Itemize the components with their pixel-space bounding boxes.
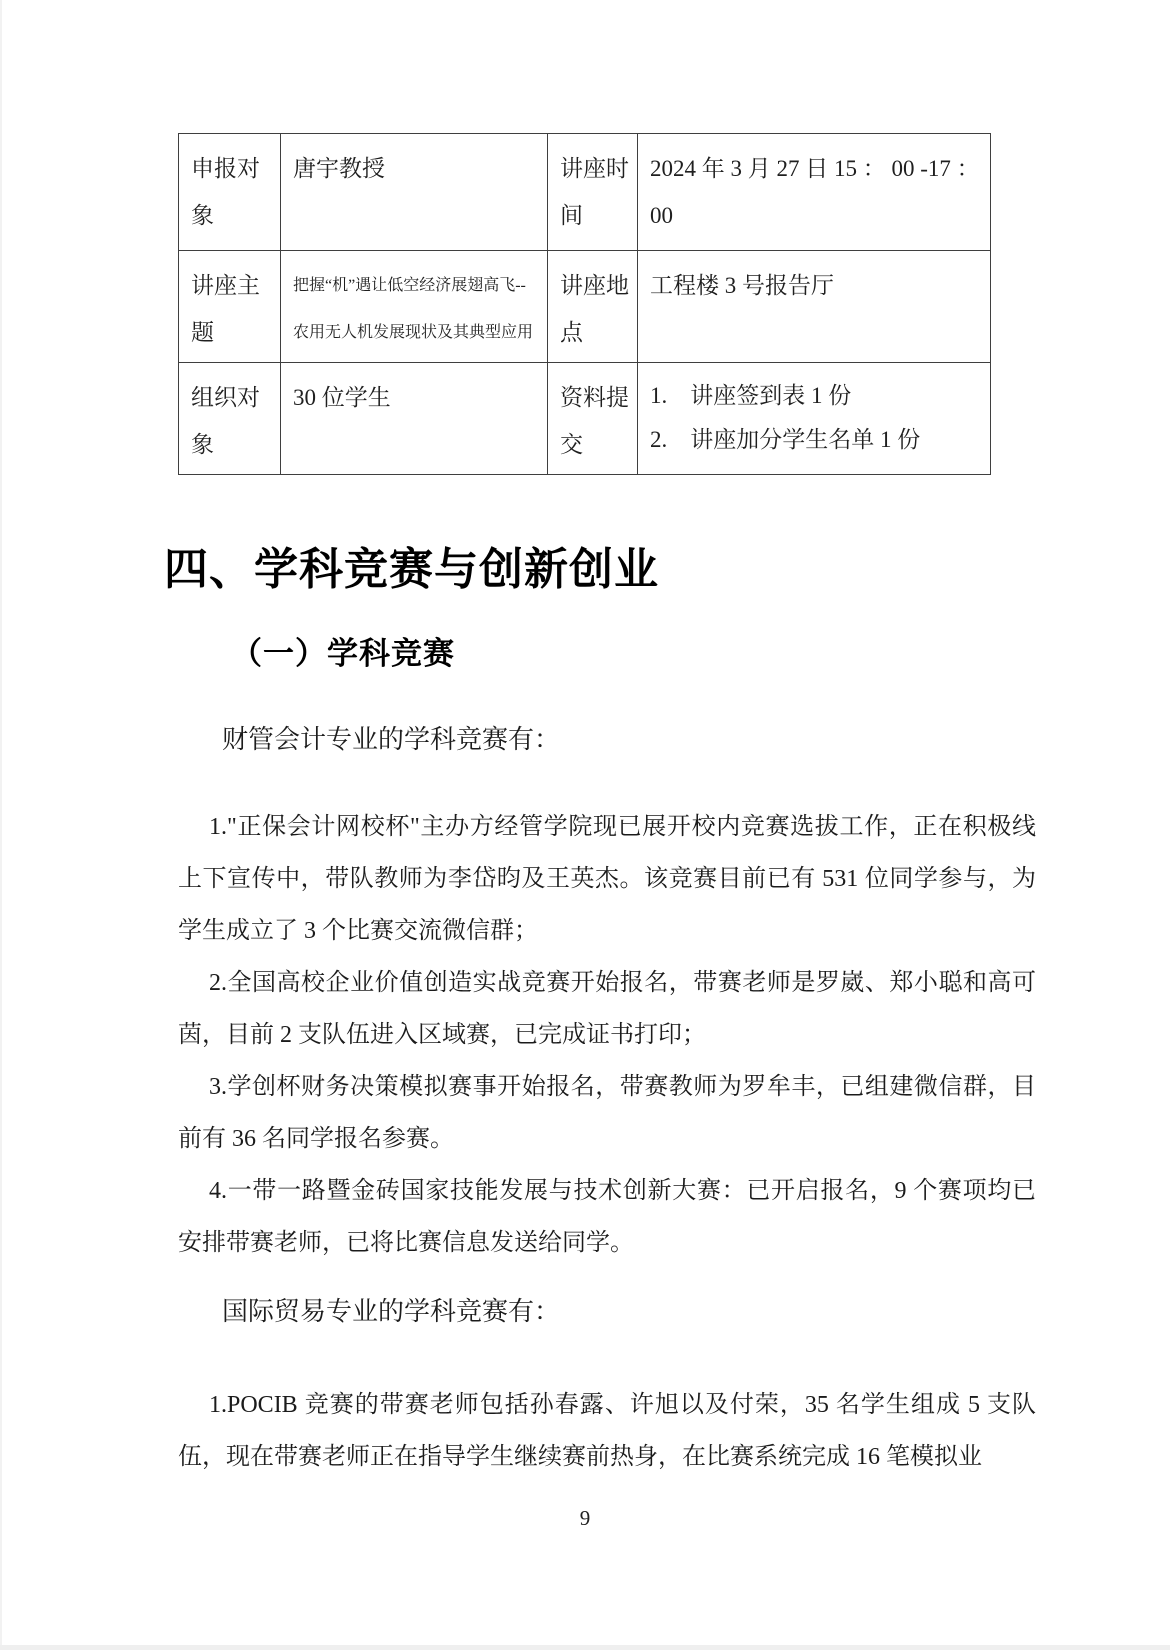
field-value-cell: 工程楼 3 号报告厅 bbox=[638, 251, 991, 363]
list-item: 1. 讲座签到表 1 份 bbox=[650, 374, 982, 418]
field-value-cell: 2024 年 3 月 27 日 15 ： 00 -17 ： 00 bbox=[638, 134, 991, 251]
paragraph: 3.学创杯财务决策模拟赛事开始报名，带赛教师为罗牟丰，已组建微信群，目前有 36… bbox=[178, 1061, 1036, 1165]
field-label-cell: 讲座时间 bbox=[548, 134, 638, 251]
table-row: 组织对象 30 位学生 资料提交 1. 讲座签到表 1 份 2. 讲座加分学生名… bbox=[179, 363, 991, 475]
field-value-cell: 1. 讲座签到表 1 份 2. 讲座加分学生名单 1 份 bbox=[638, 363, 991, 475]
paragraph: 1.POCIB 竞赛的带赛老师包括孙春露、许旭以及付荣，35 名学生组成 5 支… bbox=[178, 1379, 1036, 1483]
field-value-cell: 唐宇教授 bbox=[281, 134, 548, 251]
subsection-heading: （一）学科竞赛 bbox=[231, 628, 455, 673]
field-label-cell: 组织对象 bbox=[179, 363, 281, 475]
document-page: 申报对象 唐宇教授 讲座时间 2024 年 3 月 27 日 15 ： 00 -… bbox=[0, 0, 1170, 1650]
field-value-cell: 30 位学生 bbox=[281, 363, 548, 475]
page-bottom-edge bbox=[0, 1645, 1170, 1650]
body-text-block: 1.POCIB 竞赛的带赛老师包括孙春露、许旭以及付荣，35 名学生组成 5 支… bbox=[178, 1379, 1036, 1483]
lead-in: 财管会计专业的学科竞赛有： bbox=[222, 719, 560, 756]
field-label-cell: 讲座地点 bbox=[548, 251, 638, 363]
page-left-edge bbox=[0, 0, 2, 1650]
lead-in: 国际贸易专业的学科竞赛有： bbox=[222, 1291, 560, 1328]
paragraph: 4.一带一路暨金砖国家技能发展与技术创新大赛：已开启报名，9 个赛项均已安排带赛… bbox=[178, 1165, 1036, 1269]
section-heading: 四、学科竞赛与创新创业 bbox=[164, 533, 659, 597]
list-item: 2. 讲座加分学生名单 1 份 bbox=[650, 418, 982, 462]
field-label-cell: 讲座主题 bbox=[179, 251, 281, 363]
table-row: 申报对象 唐宇教授 讲座时间 2024 年 3 月 27 日 15 ： 00 -… bbox=[179, 134, 991, 251]
field-label-cell: 申报对象 bbox=[179, 134, 281, 251]
lecture-info-table: 申报对象 唐宇教授 讲座时间 2024 年 3 月 27 日 15 ： 00 -… bbox=[178, 133, 991, 475]
field-value-cell: 把握“机”遇让低空经济展翅高飞--农用无人机发展现状及其典型应用 bbox=[281, 251, 548, 363]
field-label-cell: 资料提交 bbox=[548, 363, 638, 475]
page-number: 9 bbox=[0, 1506, 1170, 1531]
paragraph: 2.全国高校企业价值创造实战竞赛开始报名，带赛老师是罗崴、郑小聪和高可茵，目前 … bbox=[178, 957, 1036, 1061]
body-text-block: 1."正保会计网校杯"主办方经管学院现已展开校内竞赛选拔工作，正在积极线上下宣传… bbox=[178, 801, 1036, 1269]
paragraph: 1."正保会计网校杯"主办方经管学院现已展开校内竞赛选拔工作，正在积极线上下宣传… bbox=[178, 801, 1036, 957]
table-row: 讲座主题 把握“机”遇让低空经济展翅高飞--农用无人机发展现状及其典型应用 讲座… bbox=[179, 251, 991, 363]
